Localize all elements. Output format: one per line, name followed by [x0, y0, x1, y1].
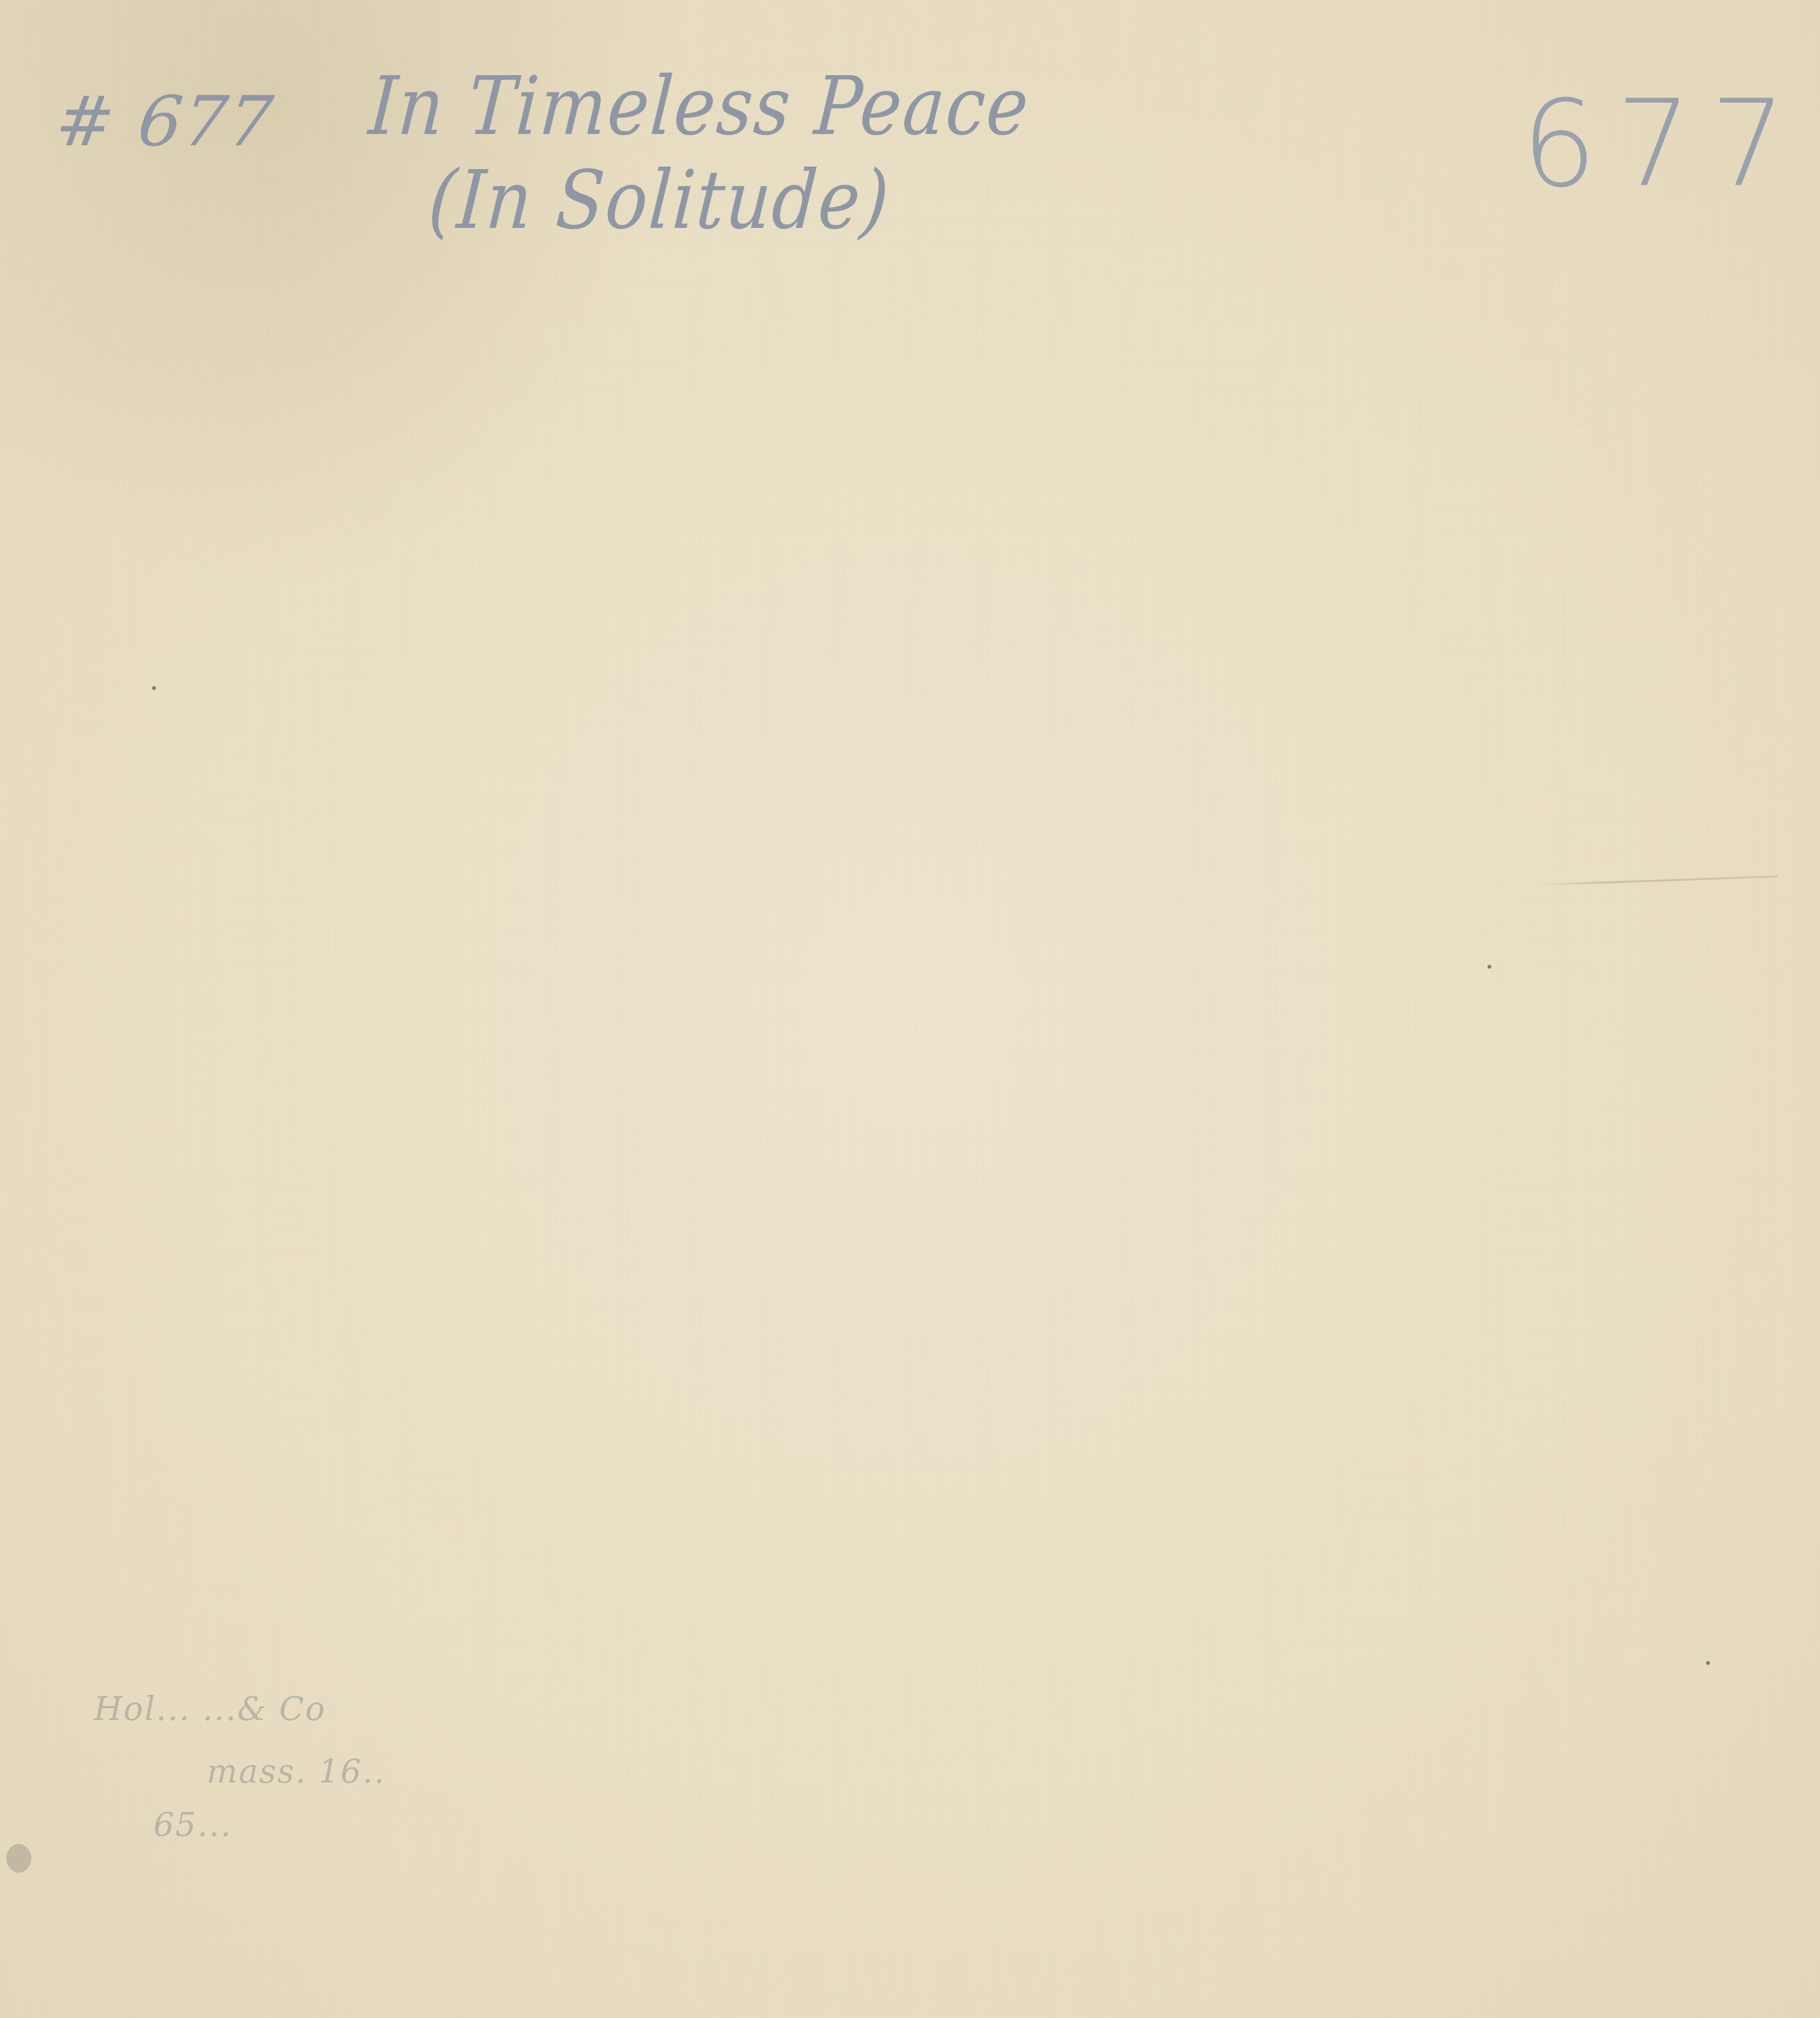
paper-stain: [6, 1844, 31, 1873]
faint-note-line-2: mass. 16..: [207, 1753, 386, 1791]
corner-catalog-number: 677: [1521, 75, 1805, 214]
artwork-alternate-title: (In Solitude): [426, 153, 893, 247]
paper-speck: [1706, 1661, 1710, 1665]
artwork-title: In Timeless Peace: [366, 59, 1032, 153]
faint-note-line-3: 65...: [153, 1806, 232, 1844]
catalog-number: # 677: [52, 81, 278, 162]
stray-pencil-mark: [1534, 875, 1778, 886]
paper-speck: [152, 686, 156, 690]
faint-note-line-1: Hol... ...& Co: [94, 1691, 326, 1728]
paper-speck: [1488, 965, 1491, 969]
paper-sheet: # 677 In Timeless Peace (In Solitude) 67…: [0, 0, 1820, 2018]
